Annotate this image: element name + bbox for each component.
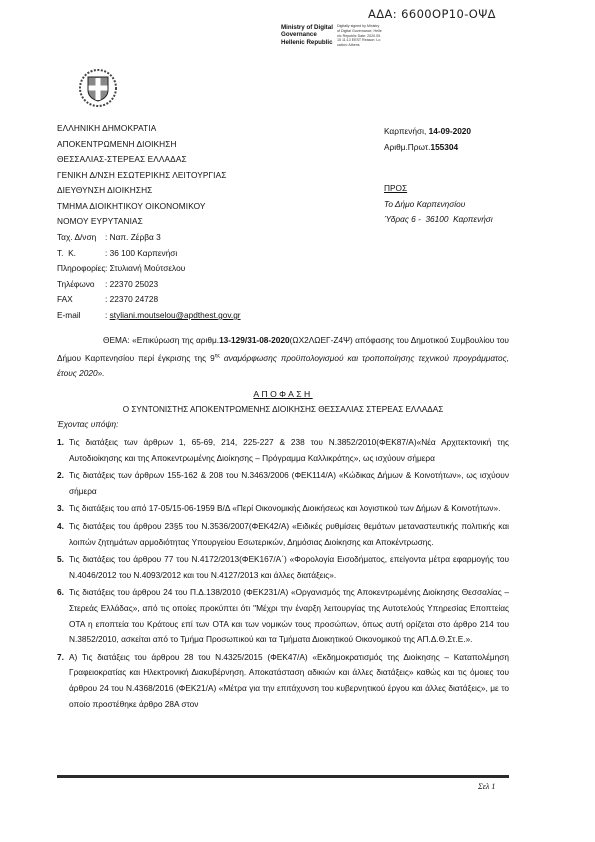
list-item: 4. Τις διατάξεις του άρθρου 23§5 του Ν.3… (57, 519, 509, 550)
contact-row-phone: Τηλέφωνο : 22370 25023 (57, 280, 241, 296)
contact-row-info: Πληροφορίες : Στυλιανή Μούτσελου (57, 264, 241, 280)
page-number: Σελ 1 (478, 782, 495, 792)
list-item: 5. Τις διατάξεις του άρθρου 77 του Ν.417… (57, 552, 509, 583)
sender-line: ΘΕΣΣΑΛΙΑΣ-ΣΤΕΡΕΑΣ ΕΛΛΑΔΑΣ (57, 155, 226, 171)
having-regard-label: Έχοντας υπόψη: (57, 420, 118, 430)
item-number: 5. (57, 552, 69, 583)
contact-label: Πληροφορίες (57, 264, 105, 280)
contact-details: Ταχ. Δ/νση : Ναπ. Ζέρβα 3 Τ. Κ. : 36 100… (57, 233, 241, 327)
decision-title: ΑΠΟΦΑΣΗ (57, 389, 509, 399)
sender-line: ΤΜΗΜΑ ΔΙΟΙΚΗΤΙΚΟΥ ΟΙΚΟΝΟΜΙΚΟΥ (57, 202, 226, 218)
item-number: 4. (57, 519, 69, 550)
item-text: Τις διατάξεις του άρθρου 77 του Ν.4172/2… (69, 552, 509, 583)
subject-decision-no: 13-129/31-08-2020 (219, 335, 290, 345)
item-number: 1. (57, 435, 69, 466)
item-text: Α) Τις διατάξεις του άρθρου 28 του Ν.432… (69, 650, 509, 712)
contact-label: Τ. Κ. (57, 249, 105, 265)
sender-line: ΓΕΝΙΚΗ Δ/ΝΣΗ ΕΣΩΤΕΡΙΚΗΣ ΛΕΙΤΟΥΡΓΙΑΣ (57, 171, 226, 187)
contact-value: : 22370 25023 (105, 280, 158, 296)
place-date: Καρπενήσι, 14-09-2020 (384, 127, 471, 143)
protocol-number: Αριθμ.Πρωτ.155304 (384, 143, 471, 159)
email-link[interactable]: styliani.moutselou@apdthest.gov.gr (110, 310, 241, 320)
sender-line: ΑΠΟΚΕΝΤΡΩΜΕΝΗ ΔΙΟΙΚΗΣΗ (57, 140, 226, 156)
item-number: 2. (57, 468, 69, 499)
recipient-name: Το Δήμο Καρπενησίου (384, 200, 493, 216)
list-item: 3. Τις διατάξεις του από 17-05/15-06-195… (57, 501, 509, 517)
signature-org: Ministry of Digital Governance Hellenic … (281, 24, 333, 46)
contact-value: : 22370 24728 (105, 295, 158, 311)
sender-line: ΝΟΜΟΥ ΕΥΡΥΤΑΝΙΑΣ (57, 217, 226, 233)
item-text: Τις διατάξεις των άρθρων 155-162 & 208 τ… (69, 468, 509, 499)
list-item: 6. Τις διατάξεις του άρθρου 24 του Π.Δ.1… (57, 585, 509, 647)
item-number: 3. (57, 501, 69, 517)
contact-row-email: E-mail : styliani.moutselou@apdthest.gov… (57, 311, 241, 327)
item-text: Τις διατάξεις του άρθρου 24 του Π.Δ.138/… (69, 585, 509, 647)
subject-label: ΘΕΜΑ: «Επικύρωση της αριθμ. (103, 335, 219, 345)
item-number: 6. (57, 585, 69, 647)
signature-org-line: Hellenic Republic (281, 39, 333, 46)
signature-org-line: Governance (281, 31, 333, 38)
signature-details: Digitally signed by Ministry of Digital … (337, 24, 382, 48)
contact-label: Τηλέφωνο (57, 280, 105, 296)
recipient-block: ΠΡΟΣ Το Δήμο Καρπενησίου Ύδρας 6 - 36100… (384, 184, 493, 231)
recipient-address: Ύδρας 6 - 36100 Καρπενήσι (384, 215, 493, 231)
contact-row-fax: FAX : 22370 24728 (57, 295, 241, 311)
contact-row-address: Ταχ. Δ/νση : Ναπ. Ζέρβα 3 (57, 233, 241, 249)
list-item: 1. Τις διατάξεις των άρθρων 1, 65-69, 21… (57, 435, 509, 466)
document-meta: Καρπενήσι, 14-09-2020 Αριθμ.Πρωτ.155304 (384, 127, 471, 159)
subject-ada-ref: (ΩΧ2ΛΩΕΓ-Ζ4Ψ) (290, 335, 353, 345)
protocol-label: Αριθμ.Πρωτ. (384, 142, 430, 152)
contact-value: : Ναπ. Ζέρβα 3 (105, 233, 161, 249)
item-text: Τις διατάξεις του άρθρου 23§5 του Ν.3536… (69, 519, 509, 550)
list-item: 2. Τις διατάξεις των άρθρων 155-162 & 20… (57, 468, 509, 499)
footer-divider (57, 775, 509, 778)
sender-line: ΕΛΛΗΝΙΚΗ ΔΗΜΟΚΡΑΤΙΑ (57, 124, 226, 140)
item-text: Τις διατάξεις των άρθρων 1, 65-69, 214, … (69, 435, 509, 466)
contact-label: FAX (57, 295, 105, 311)
protocol-value: 155304 (430, 142, 458, 152)
ada-code: ΑΔΑ: 6600ΟΡ10-ΟΨΔ (368, 8, 496, 22)
list-item: 7. Α) Τις διατάξεις του άρθρου 28 του Ν.… (57, 650, 509, 712)
recipient-heading: ΠΡΟΣ (384, 184, 493, 200)
date-value: 14-09-2020 (429, 126, 471, 136)
sender-block: ΕΛΛΗΝΙΚΗ ΔΗΜΟΚΡΑΤΙΑ ΑΠΟΚΕΝΤΡΩΜΕΝΗ ΔΙΟΙΚΗ… (57, 124, 226, 233)
item-number: 7. (57, 650, 69, 712)
contact-row-postcode: Τ. Κ. : 36 100 Καρπενήσι (57, 249, 241, 265)
sender-line: ΔΙΕΥΘΥΝΣΗ ΔΙΟΙΚΗΣΗΣ (57, 186, 226, 202)
contact-value: : styliani.moutselou@apdthest.gov.gr (105, 311, 241, 327)
signature-org-line: Ministry of Digital (281, 24, 333, 31)
subject-paragraph: ΘΕΜΑ: «Επικύρωση της αριθμ.13-129/31-08-… (57, 333, 509, 382)
contact-label: E-mail (57, 311, 105, 327)
greek-coat-of-arms-icon (78, 68, 118, 108)
decision-authority: Ο ΣΥΝΤΟΝΙΣΤΗΣ ΑΠΟΚΕΝΤΡΩΜΕΝΗΣ ΔΙΟΙΚΗΣΗΣ Θ… (57, 405, 509, 415)
place-label: Καρπενήσι, (384, 126, 429, 136)
item-text: Τις διατάξεις του από 17-05/15-06-1959 Β… (69, 501, 509, 517)
contact-value: : Στυλιανή Μούτσελου (105, 264, 185, 280)
contact-value: : 36 100 Καρπενήσι (105, 249, 177, 265)
contact-label: Ταχ. Δ/νση (57, 233, 105, 249)
legal-basis-list: 1. Τις διατάξεις των άρθρων 1, 65-69, 21… (57, 435, 509, 714)
